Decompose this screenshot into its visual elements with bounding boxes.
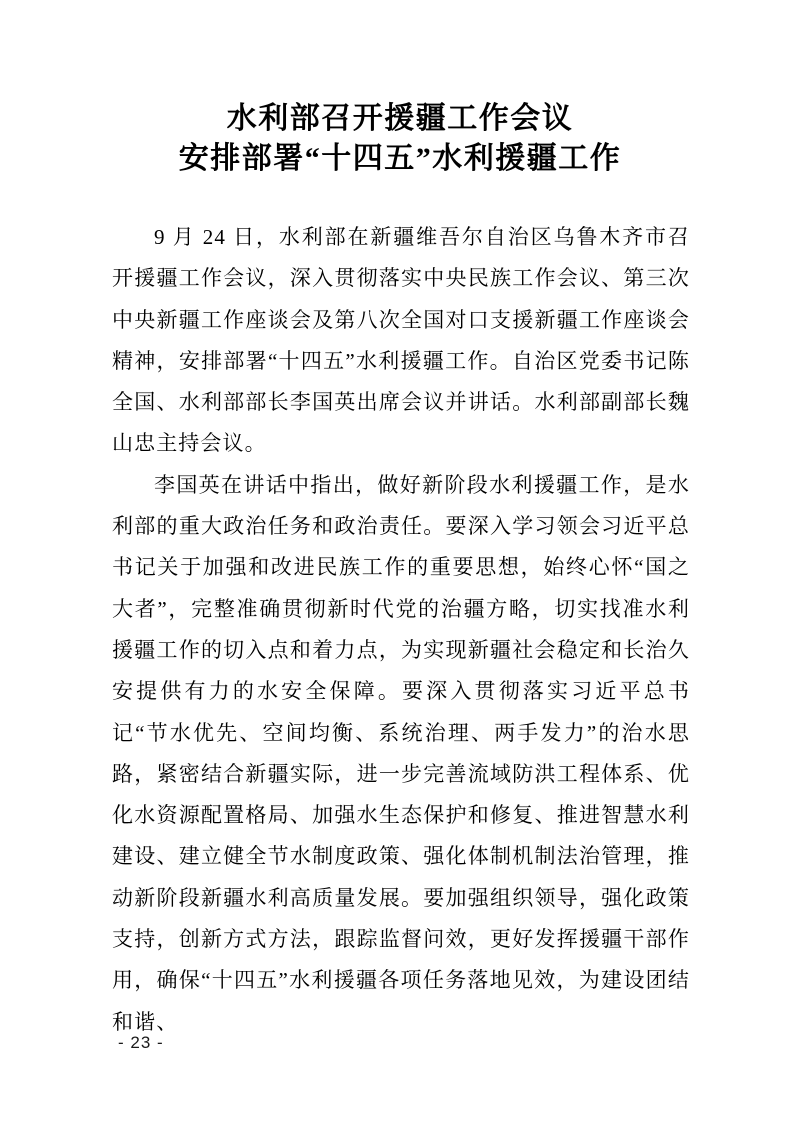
document-title: 水利部召开援疆工作会议 安排部署“十四五”水利援疆工作 [0,0,800,179]
document-body: 9 月 24 日，水利部在新疆维吾尔自治区乌鲁木齐市召开援疆工作会议，深入贯彻落… [112,217,690,1043]
paragraph-2: 李国英在讲话中指出，做好新阶段水利援疆工作，是水利部的重大政治任务和政治责任。要… [112,465,690,1043]
paragraph-1: 9 月 24 日，水利部在新疆维吾尔自治区乌鲁木齐市召开援疆工作会议，深入贯彻落… [112,217,690,465]
title-line-1: 水利部召开援疆工作会议 [0,99,800,139]
page-number: - 23 - [118,1033,164,1053]
title-line-2: 安排部署“十四五”水利援疆工作 [0,139,800,179]
document-page: 水利部召开援疆工作会议 安排部署“十四五”水利援疆工作 9 月 24 日，水利部… [0,0,800,1131]
